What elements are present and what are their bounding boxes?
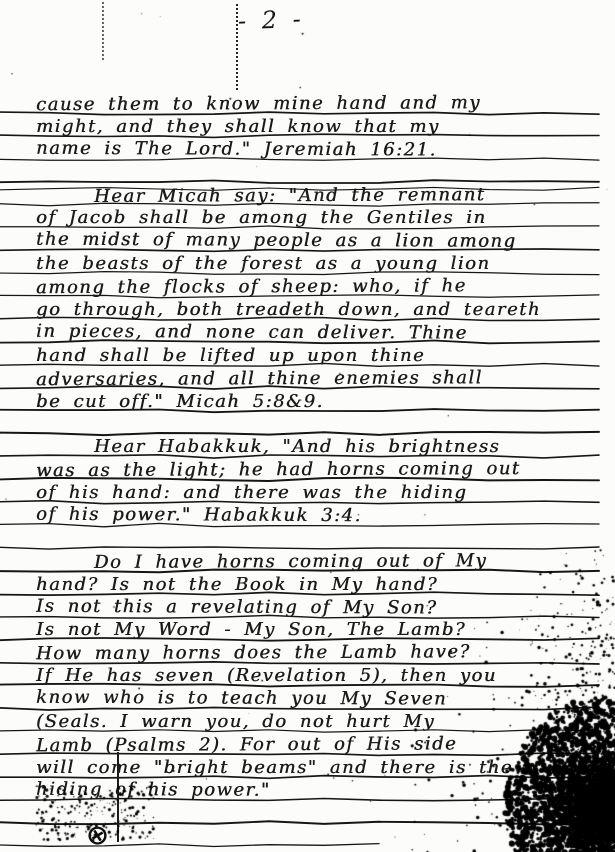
manuscript-line	[36, 412, 601, 437]
manuscript-line: of his hand: and there was the hiding	[36, 482, 601, 505]
manuscript-line: go through, both treadeth down, and tear…	[36, 299, 601, 322]
manuscript-line: (Seals. I warn you, do not hurt My	[36, 711, 601, 734]
manuscript-line: name is The Lord." Jeremiah 16:21.	[36, 138, 601, 163]
manuscript-line: cause them to know mine hand and my	[36, 92, 601, 117]
scanned-page: - 2 - cause them to know mine hand and m…	[0, 0, 615, 852]
circled-x-mark: ⊗	[83, 818, 112, 852]
manuscript-line: If He has seven (Revelation 5), then you	[36, 665, 601, 688]
manuscript-line: might, and they shall know that my	[36, 116, 601, 139]
manuscript-line	[36, 528, 601, 551]
manuscript-line: will come "bright beams" and there is th…	[36, 757, 601, 780]
manuscript-line: How many horns does the Lamb have?	[36, 641, 601, 666]
manuscript-line: Hear Micah say: "And the remnant	[36, 183, 601, 208]
manuscript-line: hand shall be lifted up upon thine	[36, 345, 601, 368]
manuscript-line: among the flocks of sheep: who, if he	[36, 275, 601, 300]
manuscript-line: Is not My Word - My Son, The Lamb?	[36, 619, 601, 642]
manuscript-line: Hear Habakkuk, "And his brightness	[36, 436, 601, 459]
manuscript-line: of Jacob shall be among the Gentiles in	[36, 207, 601, 230]
manuscript-line: adversaries, and all thine enemies shall	[36, 366, 601, 391]
manuscript-line: Lamb (Psalms 2). For out of His side	[36, 733, 601, 758]
manuscript-line: the midst of many people as a lion among	[36, 229, 601, 254]
manuscript-line: was as the light; he had horns coming ou…	[36, 458, 601, 483]
manuscript-line: be cut off." Micah 5:8&9.	[36, 391, 601, 414]
manuscript-line: hand? Is not the Book in My hand?	[36, 574, 601, 597]
page-number: - 2 -	[238, 5, 306, 35]
manuscript-line: the beasts of the forest as a young lion	[36, 253, 601, 276]
manuscript-line: Is not this a revelating of My Son?	[36, 595, 601, 620]
manuscript-text: cause them to know mine hand and mymight…	[36, 93, 601, 803]
manuscript-line: Do I have horns coming out of My	[36, 550, 601, 575]
fold-mark-left	[102, 2, 104, 60]
manuscript-line: of his power." Habakkuk 3:4.	[36, 504, 601, 529]
manuscript-line: hiding of his power."	[36, 778, 601, 803]
manuscript-line: in pieces, and none can deliver. Thine	[36, 321, 601, 346]
manuscript-line	[36, 162, 601, 185]
manuscript-line: know who is to teach you My Seven	[36, 687, 601, 712]
